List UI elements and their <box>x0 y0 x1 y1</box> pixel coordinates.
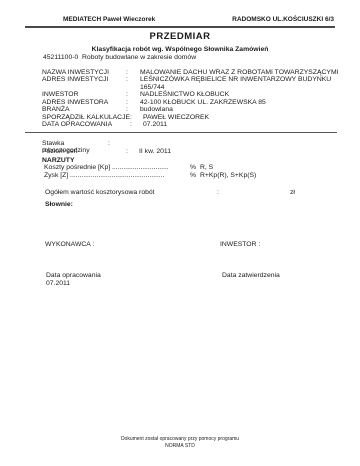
markup-formula: R+Kp(R), S+Kp(S) <box>200 172 256 179</box>
investor-signature-label: INWESTOR : <box>220 241 260 248</box>
classification-heading: Klasyfikacja robót wg. Wspólnego Słownik… <box>0 46 360 53</box>
markup-unit: % <box>190 172 200 179</box>
cpv-description: Roboty budowlane w zakresie domów <box>82 54 196 61</box>
row-value: LEŚNICZÓWKA RĘBIELICE NR INWENTARZOWY BU… <box>140 76 340 91</box>
row-label: SPORZĄDZIŁ KALKULACJE <box>42 114 130 121</box>
row-value: 42-100 KŁOBUCK UL. ZAKRZEWSKA 85 <box>140 99 340 106</box>
price-level-value: II kw. 2011 <box>139 148 171 155</box>
row-separator: : <box>130 114 143 121</box>
row-separator: : <box>126 106 140 113</box>
row-separator: : <box>126 76 140 91</box>
investment-details: NAZWA INWESTYCJI : MALOWANIE DACHU WRAZ … <box>42 69 340 113</box>
investment-row-address: ADRES INWESTYCJI : LEŚNICZÓWKA RĘBIELICE… <box>42 76 340 91</box>
row-label: INWESTOR <box>42 91 126 98</box>
preparation-details: SPORZĄDZIŁ KALKULACJE : PAWEŁ WIECZOREK … <box>42 114 343 129</box>
investment-row-investor-address: ADRES INWESTORA : 42-100 KŁOBUCK UL. ZAK… <box>42 99 340 106</box>
preparation-row-date: DATA OPRACOWANIA : 07.2011 <box>42 121 343 128</box>
price-level-row: Poziom cen : II kw. 2011 <box>42 148 171 155</box>
date-approved-label: Data zatwierdzenia <box>222 272 280 279</box>
row-value: PAWEŁ WIECZOREK <box>143 114 343 121</box>
section-rule <box>25 132 337 133</box>
przedmiar-page: MEDIATECH Paweł Wieczorek RADOMSKO UL.KO… <box>0 0 360 466</box>
row-label: DATA OPRACOWANIA <box>42 121 130 128</box>
footer-program-note: Dokument został opracowany przy pomocy p… <box>0 436 360 449</box>
price-level-label: Poziom cen <box>42 148 126 155</box>
total-label: Ogółem wartość kosztorysowa robót <box>45 189 155 196</box>
header-company: MEDIATECH Paweł Wieczorek <box>63 16 155 23</box>
markup-unit: % <box>190 164 200 171</box>
markup-formula: R, S <box>200 164 213 171</box>
document-title: PRZEDMIAR <box>0 31 360 42</box>
row-value: budowlana <box>140 106 340 113</box>
footer-line2: NORMA STD <box>0 443 360 450</box>
investment-row-branch: BRANŻA : budowlana <box>42 106 340 113</box>
row-value-line2: 165/744 <box>140 84 165 91</box>
row-value: 07.2011 <box>143 121 343 128</box>
row-separator: : <box>126 99 140 106</box>
row-separator: : <box>126 69 140 76</box>
preparation-row-author: SPORZĄDZIŁ KALKULACJE : PAWEŁ WIECZOREK <box>42 114 343 121</box>
date-prepared-value: 07.2011 <box>46 280 101 288</box>
amount-in-words-label: Słownie: <box>45 201 73 208</box>
row-label: BRANŻA <box>42 106 126 113</box>
classification-row: 45211100-0 Roboty budowlane w zakresie d… <box>43 54 196 61</box>
markup-label: Zysk [Z] ...............................… <box>44 172 190 179</box>
header-address: RADOMSKO UL.KOŚCIUSZKI 6/3 <box>232 16 334 23</box>
row-value-line1: LEŚNICZÓWKA RĘBIELICE NR INWENTARZOWY BU… <box>140 76 331 83</box>
contractor-signature-label: WYKONAWCA : <box>45 241 94 248</box>
markup-label: Koszty pośrednie [Kp] ..................… <box>44 164 190 171</box>
price-level-separator: : <box>126 148 139 155</box>
row-label: ADRES INWESTORA <box>42 99 126 106</box>
date-prepared-block: Data opracowania 07.2011 <box>46 272 101 287</box>
row-separator: : <box>130 121 143 128</box>
cpv-code: 45211100-0 <box>43 54 82 61</box>
markup-row-profit: Zysk [Z] ...............................… <box>44 172 256 179</box>
row-separator: : <box>126 91 140 98</box>
markups-heading: NARZUTY <box>42 157 74 164</box>
header-rule <box>25 26 335 28</box>
investment-row-investor: INWESTOR : NADLEŚNICTWO KŁOBUCK <box>42 91 340 98</box>
row-label: ADRES INWESTYCJI <box>42 76 126 91</box>
markup-row-overheads: Koszty pośrednie [Kp] ..................… <box>44 164 213 171</box>
total-value-row: Ogółem wartość kosztorysowa robót : zł <box>0 189 360 197</box>
row-label: NAZWA INWESTYCJI <box>42 69 126 76</box>
total-separator: : <box>217 189 219 196</box>
total-currency: zł <box>290 189 295 196</box>
date-prepared-label: Data opracowania <box>46 272 101 280</box>
row-value: NADLEŚNICTWO KŁOBUCK <box>140 91 340 98</box>
